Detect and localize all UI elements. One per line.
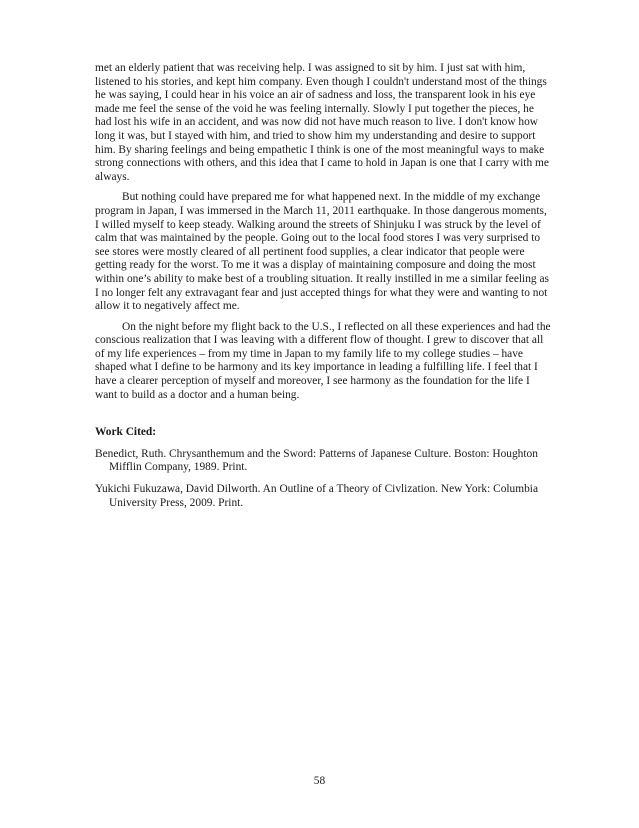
citation-entry: Benedict, Ruth. Chrysanthemum and the Sw…	[95, 448, 551, 475]
body-paragraph: But nothing could have prepared me for w…	[95, 191, 551, 313]
citation-entry: Yukichi Fukuzawa, David Dilworth. An Out…	[95, 483, 551, 510]
body-paragraph: met an elderly patient that was receivin…	[95, 62, 551, 184]
body-paragraph: On the night before my flight back to th…	[95, 321, 551, 403]
works-cited-heading: Work Cited:	[95, 426, 551, 440]
page-number: 58	[0, 775, 639, 787]
document-page: met an elderly patient that was receivin…	[95, 62, 551, 518]
